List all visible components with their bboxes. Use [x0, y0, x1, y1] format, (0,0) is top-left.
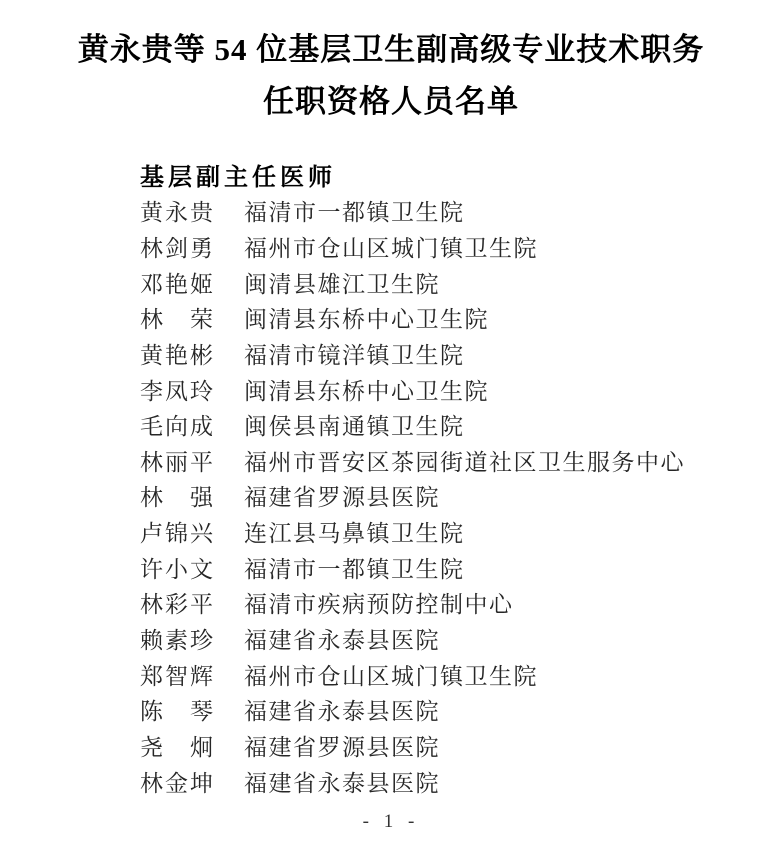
- person-name: 林彩平: [140, 586, 213, 619]
- person-name: 黄艳彬: [140, 337, 213, 370]
- section-heading: 基层副主任医师: [140, 157, 336, 192]
- document-title: 黄永贵等 54 位基层卫生副高级专业技术职务 任职资格人员名单: [0, 24, 782, 128]
- list-item: 赖素珍 福建省永泰县医院: [140, 621, 742, 657]
- title-line-2: 任职资格人员名单: [0, 76, 782, 128]
- person-institution: 闽清县东桥中心卫生院: [244, 301, 489, 334]
- list-item: 尧炯 福建省罗源县医院: [140, 728, 742, 764]
- person-institution: 福建省罗源县医院: [244, 729, 440, 762]
- list-item: 林荣 闽清县东桥中心卫生院: [140, 300, 742, 336]
- list-item: 林彩平 福清市疾病预防控制中心: [140, 585, 742, 621]
- person-institution: 福建省罗源县医院: [244, 479, 440, 512]
- person-name: 黄永贵: [140, 194, 213, 227]
- list-item: 李凤玲 闽清县东桥中心卫生院: [140, 371, 742, 407]
- person-institution: 福州市晋安区茶园街道社区卫生服务中心: [244, 444, 685, 477]
- page-number: - 1 -: [0, 811, 782, 833]
- person-institution: 闽侯县南通镇卫生院: [244, 408, 465, 441]
- list-item: 许小文 福清市一都镇卫生院: [140, 549, 742, 585]
- list-item: 林强 福建省罗源县医院: [140, 478, 742, 514]
- person-name: 毛向成: [140, 408, 213, 441]
- list-item: 林金坤 福建省永泰县医院: [140, 763, 742, 799]
- person-institution: 福州市仓山区城门镇卫生院: [244, 658, 538, 691]
- person-name: 陈琴: [140, 693, 213, 726]
- person-institution: 福州市仓山区城门镇卫生院: [244, 230, 538, 263]
- list-item: 黄永贵 福清市一都镇卫生院: [140, 193, 742, 229]
- document-page: 黄永贵等 54 位基层卫生副高级专业技术职务 任职资格人员名单 基层副主任医师 …: [0, 0, 782, 859]
- person-name: 许小文: [140, 551, 213, 584]
- person-name: 郑智辉: [140, 658, 213, 691]
- person-name: 林丽平: [140, 444, 213, 477]
- person-institution: 福清市疾病预防控制中心: [244, 586, 514, 619]
- person-institution: 福建省永泰县医院: [244, 622, 440, 655]
- person-institution: 福清市一都镇卫生院: [244, 194, 465, 227]
- person-name: 尧炯: [140, 729, 213, 762]
- person-name: 林强: [140, 479, 213, 512]
- person-institution: 福清市镜洋镇卫生院: [244, 337, 465, 370]
- list-item: 郑智辉 福州市仓山区城门镇卫生院: [140, 656, 742, 692]
- person-list: 黄永贵 福清市一都镇卫生院 林剑勇 福州市仓山区城门镇卫生院 邓艳姬 闽清县雄江…: [140, 193, 742, 799]
- list-item: 毛向成 闽侯县南通镇卫生院: [140, 407, 742, 443]
- list-item: 邓艳姬 闽清县雄江卫生院: [140, 264, 742, 300]
- person-name: 林剑勇: [140, 230, 213, 263]
- person-institution: 闽清县东桥中心卫生院: [244, 373, 489, 406]
- list-item: 卢锦兴 连江县马鼻镇卫生院: [140, 514, 742, 550]
- person-institution: 福建省永泰县医院: [244, 765, 440, 798]
- person-name: 邓艳姬: [140, 266, 213, 299]
- person-institution: 连江县马鼻镇卫生院: [244, 515, 465, 548]
- person-name: 赖素珍: [140, 622, 213, 655]
- list-item: 陈琴 福建省永泰县医院: [140, 692, 742, 728]
- person-institution: 福建省永泰县医院: [244, 693, 440, 726]
- person-name: 卢锦兴: [140, 515, 213, 548]
- list-item: 林剑勇 福州市仓山区城门镇卫生院: [140, 229, 742, 265]
- title-line-1: 黄永贵等 54 位基层卫生副高级专业技术职务: [0, 24, 782, 76]
- list-item: 黄艳彬 福清市镜洋镇卫生院: [140, 336, 742, 372]
- person-name: 林荣: [140, 301, 213, 334]
- person-name: 林金坤: [140, 765, 213, 798]
- person-institution: 福清市一都镇卫生院: [244, 551, 465, 584]
- person-institution: 闽清县雄江卫生院: [244, 266, 440, 299]
- list-item: 林丽平 福州市晋安区茶园街道社区卫生服务中心: [140, 442, 742, 478]
- person-name: 李凤玲: [140, 373, 213, 406]
